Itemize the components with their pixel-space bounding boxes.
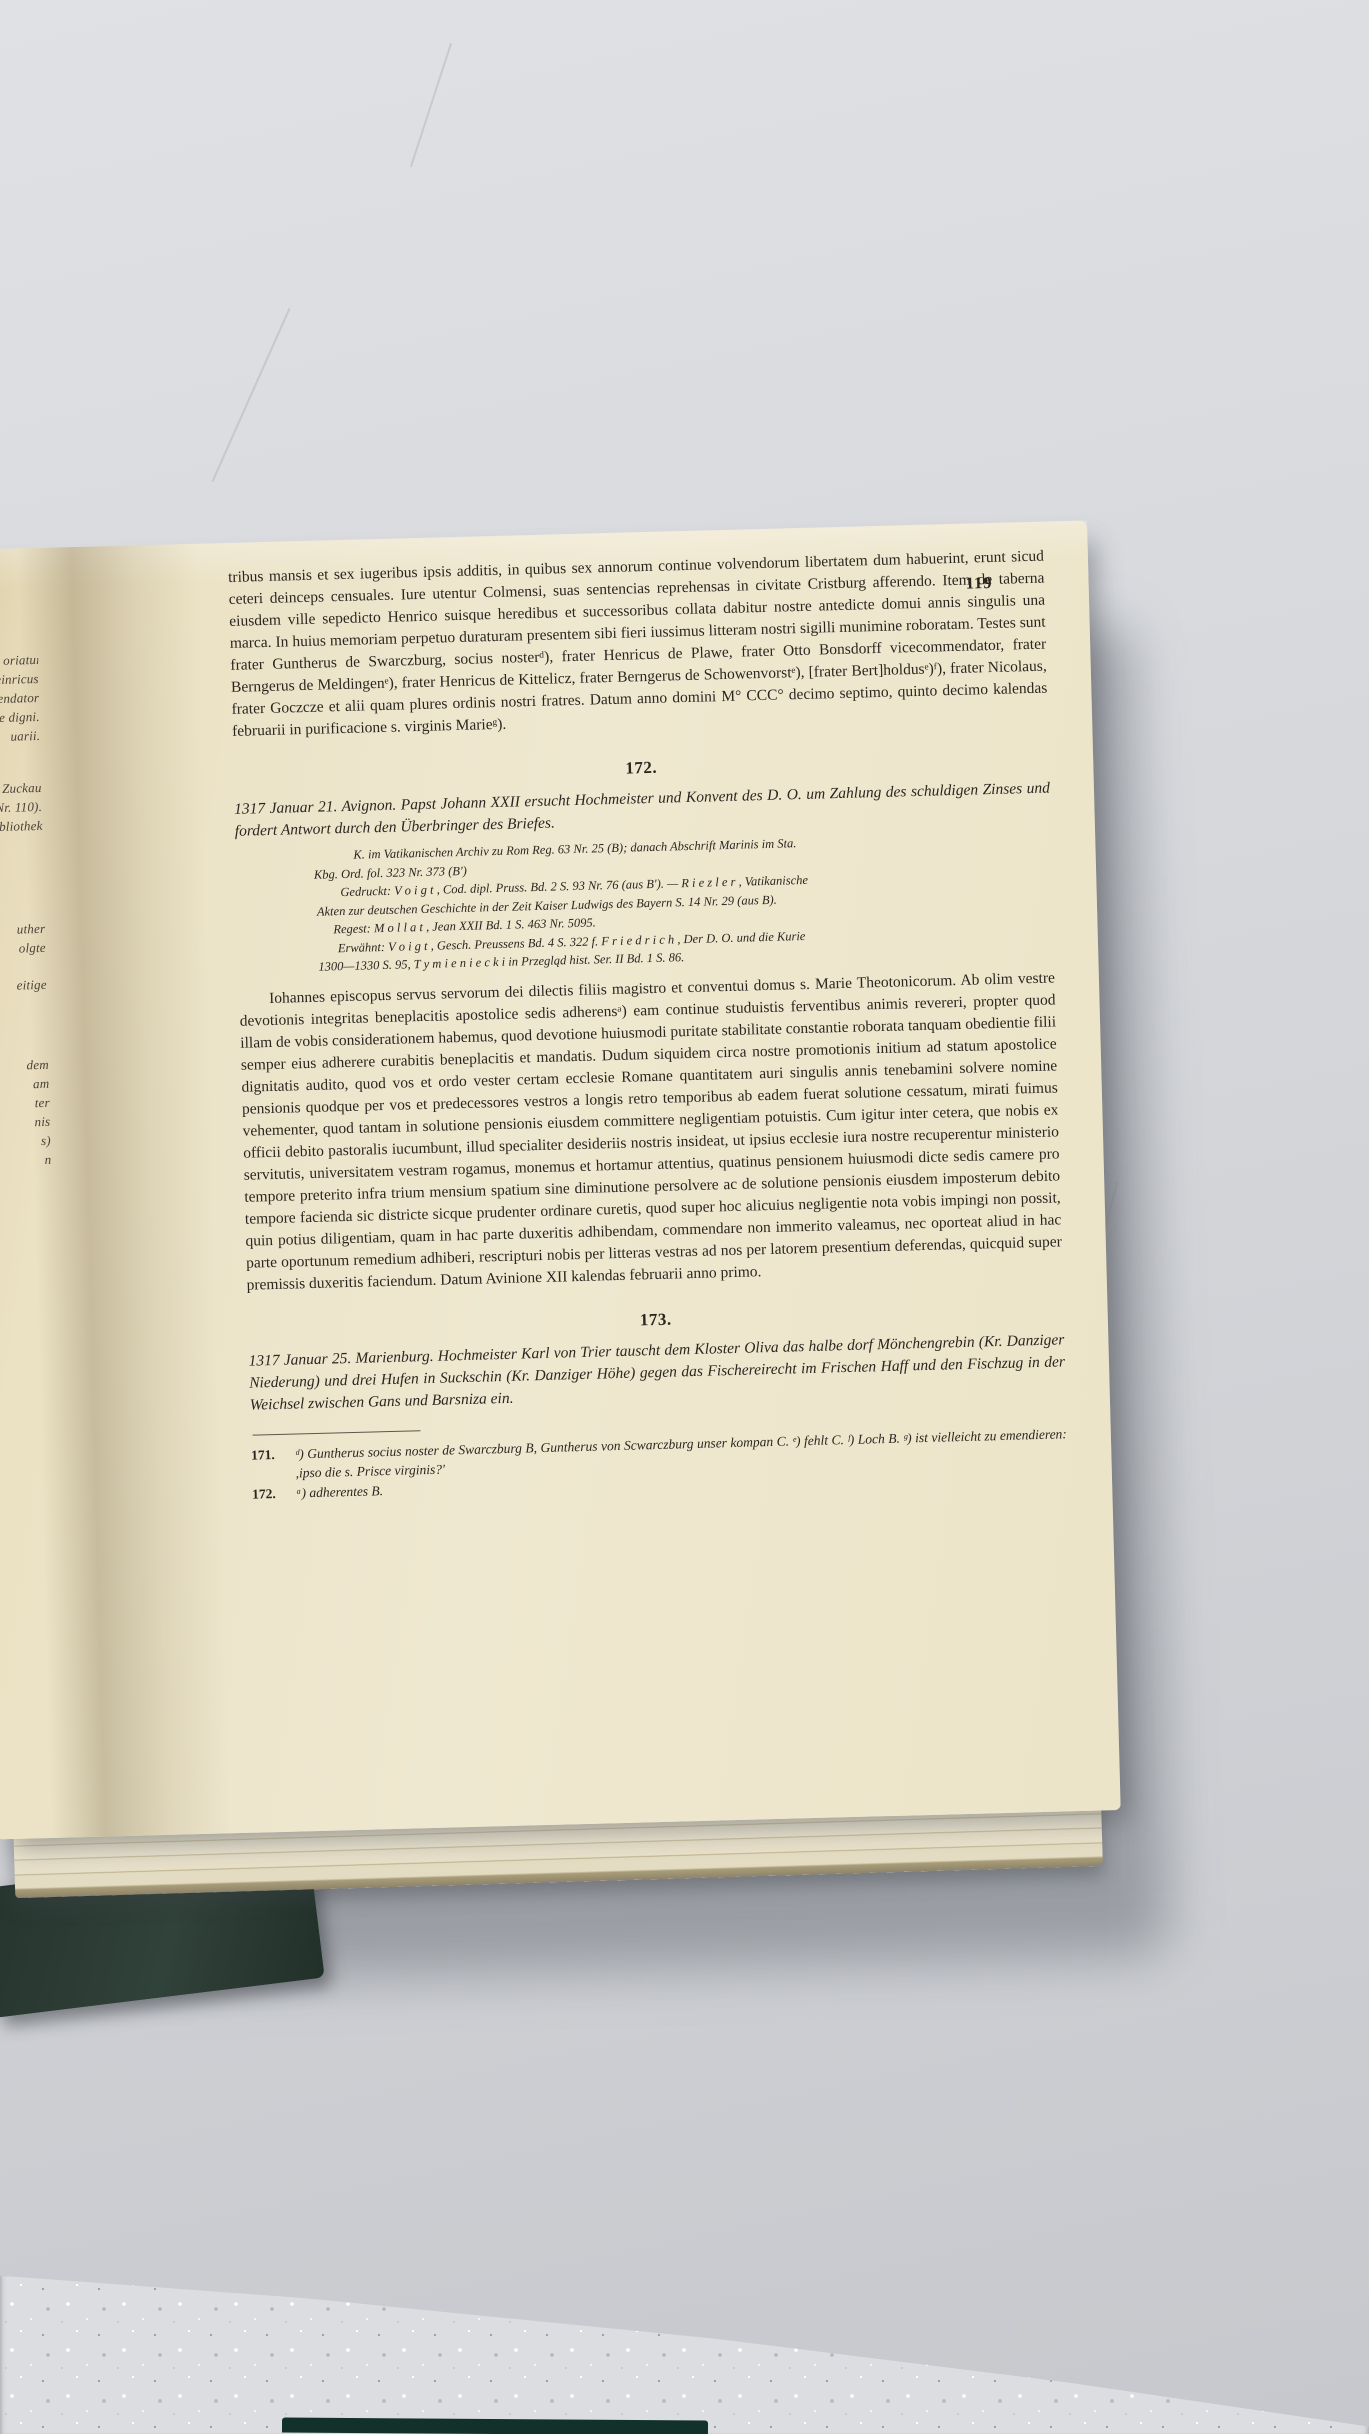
left-page-fragment: fide digni. <box>0 707 40 728</box>
left-page-fragment: dem <box>0 1055 49 1076</box>
left-page-fragment: r Zuckau <box>0 778 42 799</box>
left-page-fragment: ter <box>0 1093 50 1114</box>
book-gutter-shadow <box>17 544 231 1838</box>
backdrop-scratch <box>211 308 290 482</box>
entry-173-regest: 1317 Januar 25. Marienburg. Hochmeister … <box>248 1329 1065 1416</box>
left-page-fragment: Nr. 110). <box>0 797 42 818</box>
left-page-fragment: am <box>0 1074 50 1095</box>
entry-172-body: Iohannes episcopus servus servorum dei d… <box>239 967 1063 1296</box>
footnote-label: 171. <box>251 1444 296 1484</box>
left-page-fragment: nis <box>0 1112 51 1133</box>
open-book-page: abium oriaturer Heinricusommendatorfide … <box>0 520 1121 1839</box>
glitter-fabric <box>0 2250 1369 2434</box>
photo-scene: abium oriaturer Heinricusommendatorfide … <box>0 0 1369 2434</box>
left-page-fragment: bliothek <box>0 816 43 837</box>
left-page-fragment: olgte <box>0 938 46 959</box>
left-page-fragment: uarii. <box>0 726 40 747</box>
left-page-fragment: uther <box>0 919 45 940</box>
page-number: 119 <box>965 573 992 594</box>
left-page-fragment: n <box>0 1150 52 1171</box>
entry-172-sources: K. im Vatikanischen Archiv zu Rom Reg. 6… <box>235 828 1054 979</box>
left-page-fragment: eitige <box>0 975 47 996</box>
left-page-fragment: ommendator <box>0 688 39 709</box>
left-page-text-fragments: abium oriaturer Heinricusommendatorfide … <box>0 650 52 1171</box>
footnote-label: 172. <box>252 1483 296 1504</box>
page-content: 119 tribus mansis et sex iugeribus ipsis… <box>228 546 1068 1504</box>
footnote-separator <box>253 1430 421 1435</box>
left-page-fragment: er Heinricus <box>0 669 39 690</box>
left-page-fragment: abium oriatur <box>0 650 38 671</box>
entry-171-continuation: tribus mansis et sex iugeribus ipsis add… <box>228 546 1048 743</box>
footnotes: 171. ᵈ) Guntherus socius noster de Swarc… <box>251 1424 1068 1504</box>
left-page-fragment: s) <box>0 1131 51 1152</box>
backdrop-scratch <box>410 43 452 167</box>
dark-object-bottom-edge <box>282 2418 708 2434</box>
